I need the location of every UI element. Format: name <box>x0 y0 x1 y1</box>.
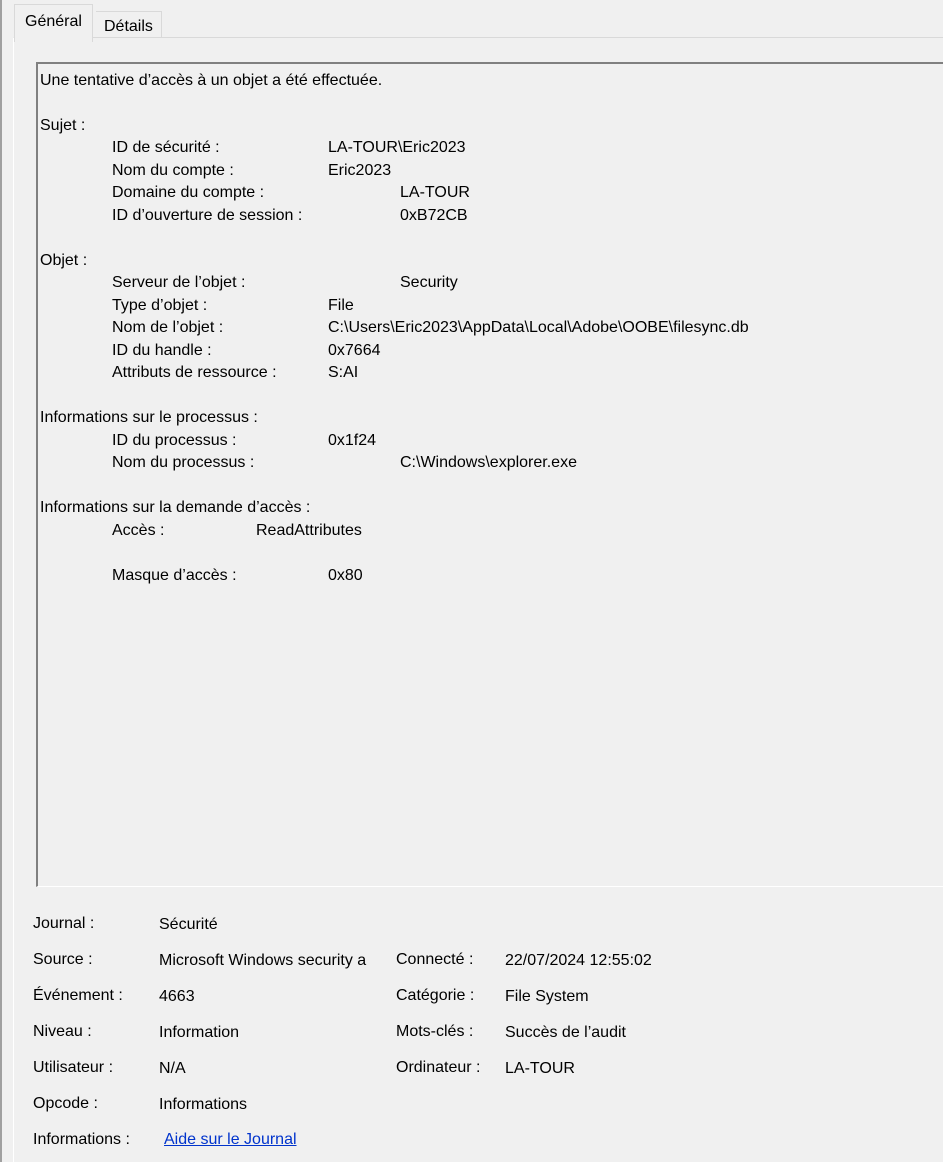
field-value: ReadAttributes <box>256 520 362 542</box>
field-label: Serveur de l’objet : <box>112 272 245 294</box>
niveau-label: Niveau : <box>33 1021 92 1043</box>
opcode-label: Opcode : <box>33 1093 98 1115</box>
field-label: ID de sécurité : <box>112 137 220 159</box>
field-value: C:\Users\Eric2023\AppData\Local\Adobe\OO… <box>328 317 749 339</box>
field-label: Nom de l’objet : <box>112 317 223 339</box>
ordinateur-label: Ordinateur : <box>396 1057 480 1079</box>
window-left-border <box>0 0 2 1162</box>
journal-label: Journal : <box>33 913 94 935</box>
informations-label: Informations : <box>33 1129 130 1151</box>
field-value: File <box>328 295 354 317</box>
utilisateur-label: Utilisateur : <box>33 1057 113 1079</box>
field-value: Security <box>400 272 458 294</box>
ordinateur-value: LA-TOUR <box>505 1058 575 1080</box>
description-intro: Une tentative d’accès à un objet a été e… <box>40 70 382 92</box>
opcode-value: Informations <box>159 1094 247 1116</box>
field-value: 0x1f24 <box>328 430 376 452</box>
niveau-value: Information <box>159 1022 239 1044</box>
field-value: 0x7664 <box>328 340 381 362</box>
connecte-label: Connecté : <box>396 949 473 971</box>
section-title-objet: Objet : <box>40 250 87 272</box>
field-value: 0xB72CB <box>400 205 468 227</box>
field-label: Type d’objet : <box>112 295 207 317</box>
field-label: ID d’ouverture de session : <box>112 205 302 227</box>
field-label: Nom du compte : <box>112 160 234 182</box>
field-label: Nom du processus : <box>112 452 254 474</box>
journal-value: Sécurité <box>159 914 218 936</box>
evenement-label: Événement : <box>33 985 123 1007</box>
field-label: Accès : <box>112 520 164 542</box>
connecte-value: 22/07/2024 12:55:02 <box>505 950 652 972</box>
source-value: Microsoft Windows security a <box>159 950 392 972</box>
aide-journal-link[interactable]: Aide sur le Journal <box>164 1129 297 1151</box>
field-value: C:\Windows\explorer.exe <box>400 452 577 474</box>
field-label: ID du processus : <box>112 430 237 452</box>
evenement-value: 4663 <box>159 986 195 1008</box>
event-description-box[interactable]: Une tentative d’accès à un objet a été e… <box>36 62 943 887</box>
field-label: Domaine du compte : <box>112 182 264 204</box>
field-label: Masque d’accès : <box>112 565 237 587</box>
motscles-value: Succès de l’audit <box>505 1022 626 1044</box>
field-value: LA-TOUR <box>400 182 470 204</box>
field-label: ID du handle : <box>112 340 212 362</box>
categorie-label: Catégorie : <box>396 985 474 1007</box>
section-title-sujet: Sujet : <box>40 115 85 137</box>
source-label: Source : <box>33 949 93 971</box>
field-value: Eric2023 <box>328 160 391 182</box>
categorie-value: File System <box>505 986 589 1008</box>
field-value: S:AI <box>328 362 358 384</box>
utilisateur-value: N/A <box>159 1058 186 1080</box>
field-value: LA-TOUR\Eric2023 <box>328 137 466 159</box>
section-title-processus: Informations sur le processus : <box>40 407 258 429</box>
section-title-demande-acces: Informations sur la demande d’accès : <box>40 497 310 519</box>
field-label: Attributs de ressource : <box>112 362 277 384</box>
field-value: 0x80 <box>328 565 363 587</box>
tab-general[interactable]: Général <box>14 4 93 42</box>
motscles-label: Mots-clés : <box>396 1021 473 1043</box>
